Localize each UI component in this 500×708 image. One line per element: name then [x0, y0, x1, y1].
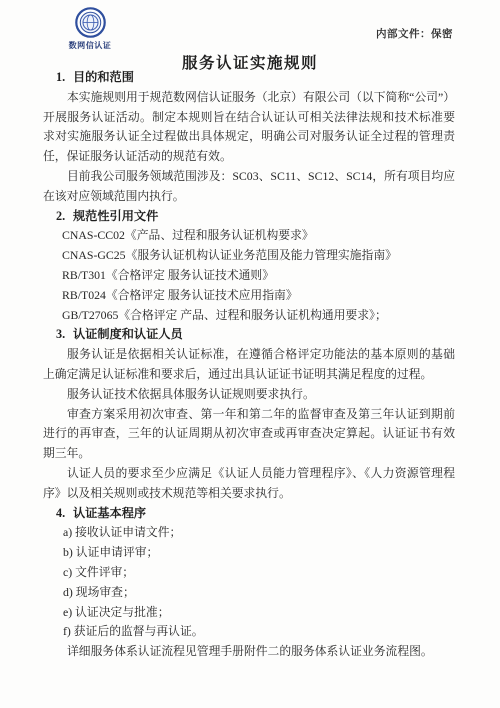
paragraph: 本实施规则用于规范数网信认证服务（北京）有限公司（以下简称“公司”）开展服务认证… — [43, 88, 455, 167]
section-number: 3. — [56, 325, 73, 345]
reference-item: RB/T301《合格评定 服务认证技术通则》 — [43, 266, 455, 286]
paragraph: 认证人员的要求至少应满足《认证人员能力管理程序》、《人力资源管理程序》以及相关规… — [43, 464, 455, 504]
paragraph: 服务认证是依据相关认证标准，在遵循合格评定功能法的基本原则的基础上确定满足认证标… — [43, 345, 455, 385]
section-heading-text: 目的和范围 — [73, 70, 134, 84]
section-number: 1. — [56, 68, 73, 88]
company-logo-text: 数网信认证 — [62, 39, 119, 50]
section-heading-2: 2.规范性引用文件 — [43, 207, 455, 227]
section-heading-text: 规范性引用文件 — [73, 209, 158, 223]
section-heading-1: 1.目的和范围 — [43, 68, 455, 88]
paragraph: 审查方案采用初次审查、第一年和第二年的监督审查及第三年认证到期前进行的再审查，三… — [43, 405, 455, 464]
paragraph: 服务认证技术依据具体服务认证规则要求执行。 — [43, 385, 455, 405]
reference-item: GB/T27065《合格评定 产品、过程和服务认证机构通用要求》； — [43, 306, 455, 326]
paragraph: 目前我公司服务领域范围涉及：SC03、SC11、SC12、SC14，所有项目均应… — [43, 167, 455, 207]
section-heading-3: 3.认证制度和认证人员 — [43, 325, 455, 345]
section-number: 2. — [56, 207, 73, 227]
section-heading-text: 认证基本程序 — [73, 506, 146, 520]
section-heading-4: 4.认证基本程序 — [43, 504, 455, 524]
company-logo: 数网信认证 — [60, 7, 120, 51]
document-page: 数网信认证 内部文件：保密 服务认证实施规则 1.目的和范围 本实施规则用于规范… — [0, 0, 500, 708]
reference-item: CNAS-CC02《产品、过程和服务认证机构要求》 — [43, 226, 455, 246]
classification-label: 内部文件：保密 — [376, 26, 453, 41]
procedure-item: d) 现场审查； — [43, 583, 455, 603]
reference-item: CNAS-GC25《服务认证机构认证业务范围及能力管理实施指南》 — [43, 246, 455, 266]
procedure-item: c) 文件评审； — [43, 563, 455, 583]
company-seal-icon — [75, 7, 106, 38]
reference-item: RB/T024《合格评定 服务认证技术应用指南》 — [43, 286, 455, 306]
procedure-item: a) 接收认证申请文件； — [43, 523, 455, 543]
section-heading-text: 认证制度和认证人员 — [73, 327, 183, 341]
document-body: 1.目的和范围 本实施规则用于规范数网信认证服务（北京）有限公司（以下简称“公司… — [43, 68, 455, 662]
section-number: 4. — [56, 504, 73, 524]
closing-paragraph: 详细服务体系认证流程见管理手册附件二的服务体系认证业务流程图。 — [43, 642, 455, 662]
procedure-item: f) 获证后的监督与再认证。 — [43, 622, 455, 642]
procedure-item: b) 认证申请评审； — [43, 543, 455, 563]
procedure-item: e) 认证决定与批准； — [43, 603, 455, 623]
